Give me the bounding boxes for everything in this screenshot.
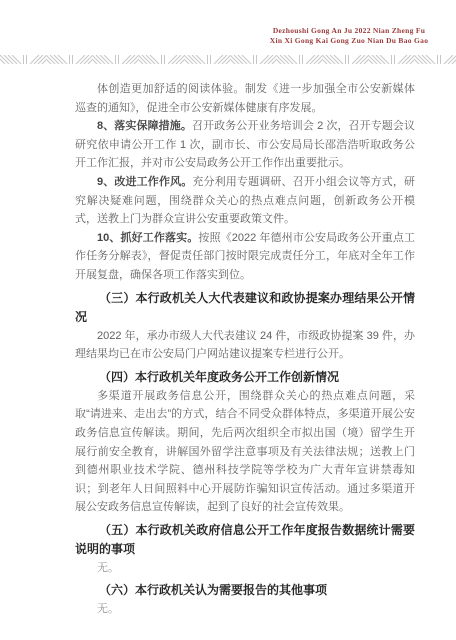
section-heading: （四）本行政机关年度政务公开工作创新情况 (75, 368, 415, 387)
document-header: Dezhoushi Gong An Ju 2022 Nian Zheng Fu … (264, 26, 434, 46)
body-paragraph: 10、抓好工作落实。按照《2022 年德州市公安局政务公开重点工作任务分解表》，… (75, 229, 415, 285)
paragraph-bold-lead: 10、抓好工作落实。 (97, 232, 198, 244)
header-title-line2: Xin Xi Gong Kai Gong Zuo Nian Du Bao Gao (264, 36, 434, 46)
section-heading: （六）本行政机关认为需要报告的其他事项 (75, 581, 415, 600)
body-paragraph: 2022 年，承办市级人大代表建议 24 件，市级政协提案 39 件，办理结果均… (75, 327, 415, 364)
document-page: Dezhoushi Gong An Ju 2022 Nian Zheng Fu … (0, 0, 456, 640)
hatch-pattern-graphic (0, 55, 456, 64)
decorative-border (0, 55, 456, 64)
body-paragraph: 无。 (75, 600, 415, 619)
paragraph-bold-lead: 8、落实保障措施。 (97, 120, 192, 132)
section-heading: （三）本行政机关人大代表建议和政协提案办理结果公开情况 (75, 289, 415, 327)
body-paragraph: 无。 (75, 559, 415, 578)
paragraph-bold-lead: 9、改进工作作风。 (97, 176, 192, 188)
body-paragraph: 9、改进工作作风。充分利用专题调研、召开小组会议等方式，研究解决疑难问题，围绕群… (75, 173, 415, 229)
body-paragraph: 体创造更加舒适的阅读体验。制发《进一步加强全市公安新媒体巡查的通知》，促进全市公… (75, 80, 415, 117)
body-paragraph: 8、落实保障措施。召开政务公开业务培训会 2 次，召开专题会议研究依申请公开工作… (75, 117, 415, 173)
header-title-line1: Dezhoushi Gong An Ju 2022 Nian Zheng Fu (264, 26, 434, 36)
section-heading: （五）本行政机关政府信息公开工作年度报告数据统计需要说明的事项 (75, 521, 415, 559)
document-body: 体创造更加舒适的阅读体验。制发《进一步加强全市公安新媒体巡查的通知》，促进全市公… (75, 80, 415, 619)
body-paragraph: 多渠道开展政务信息公开，围绕群众关心的热点难点问题，采取“请进来、走出去”的方式… (75, 387, 415, 517)
